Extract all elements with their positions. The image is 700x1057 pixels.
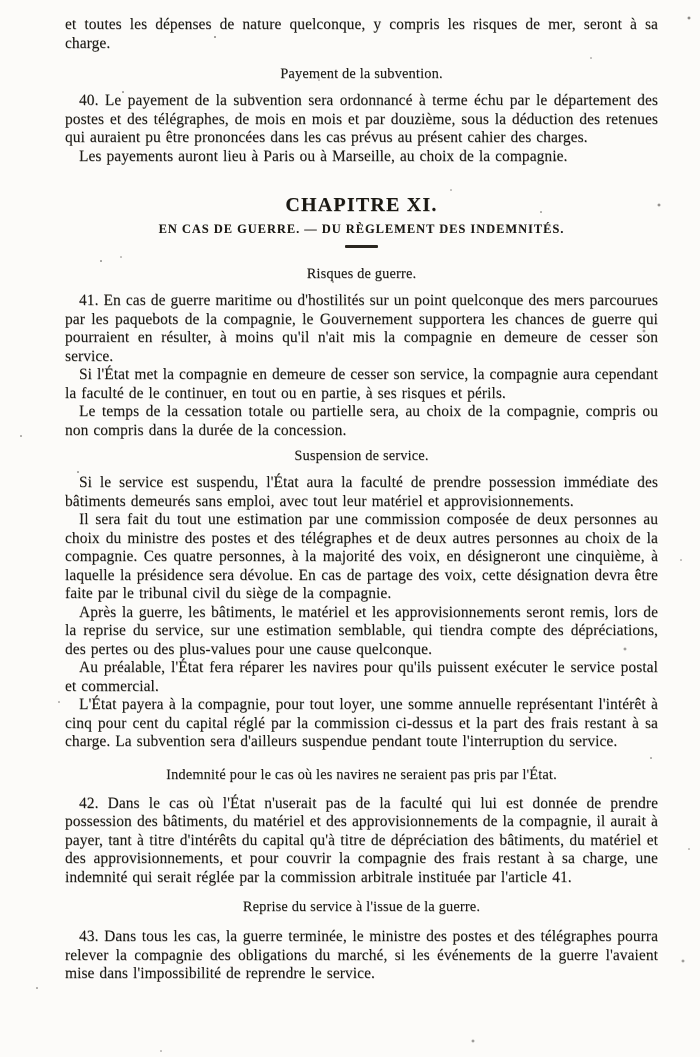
paragraph-commission-estimation: Il sera fait du tout une estimation par … (65, 511, 658, 604)
article-40-paragraph: 40. Le payement de la subvention sera or… (65, 92, 658, 148)
paragraph-expenses-continuation: et toutes les dépenses de nature quelcon… (65, 16, 658, 53)
paragraph-reparation-navires: Au préalable, l'État fera réparer les na… (65, 659, 658, 696)
paragraph-payements-paris-marseille: Les payements auront lieu à Paris ou à M… (65, 148, 658, 167)
article-42-paragraph: 42. Dans le cas où l'État n'userait pas … (65, 795, 658, 888)
heading-risques-guerre: Risques de guerre. (65, 266, 658, 283)
paragraph-etat-demeure: Si l'État met la compagnie en demeure de… (65, 366, 658, 403)
article-43-paragraph: 43. Dans tous les cas, la guerre terminé… (65, 928, 658, 984)
chapter-subtitle: EN CAS DE GUERRE. — DU RÈGLEMENT DES IND… (65, 222, 658, 237)
scan-noise-speckles (0, 0, 2, 2)
paragraph-temps-cessation: Le temps de la cessation totale ou parti… (65, 403, 658, 440)
heading-payement-subvention: Payement de la subvention. (65, 66, 658, 83)
paragraph-etat-payera: L'État payera à la compagnie, pour tout … (65, 696, 658, 752)
chapter-title: CHAPITRE XI. (65, 194, 658, 217)
section-divider-dash (345, 245, 378, 248)
paragraph-service-suspendu: Si le service est suspendu, l'État aura … (65, 474, 658, 511)
document-page: et toutes les dépenses de nature quelcon… (65, 16, 658, 984)
heading-reprise-service: Reprise du service à l'issue de la guerr… (65, 899, 658, 916)
paragraph-apres-guerre: Après la guerre, les bâtiments, le matér… (65, 604, 658, 660)
article-41-paragraph: 41. En cas de guerre maritime ou d'hosti… (65, 292, 658, 366)
heading-indemnite-navires: Indemnité pour le cas où les navires ne … (65, 767, 658, 784)
heading-suspension-service: Suspension de service. (65, 448, 658, 465)
